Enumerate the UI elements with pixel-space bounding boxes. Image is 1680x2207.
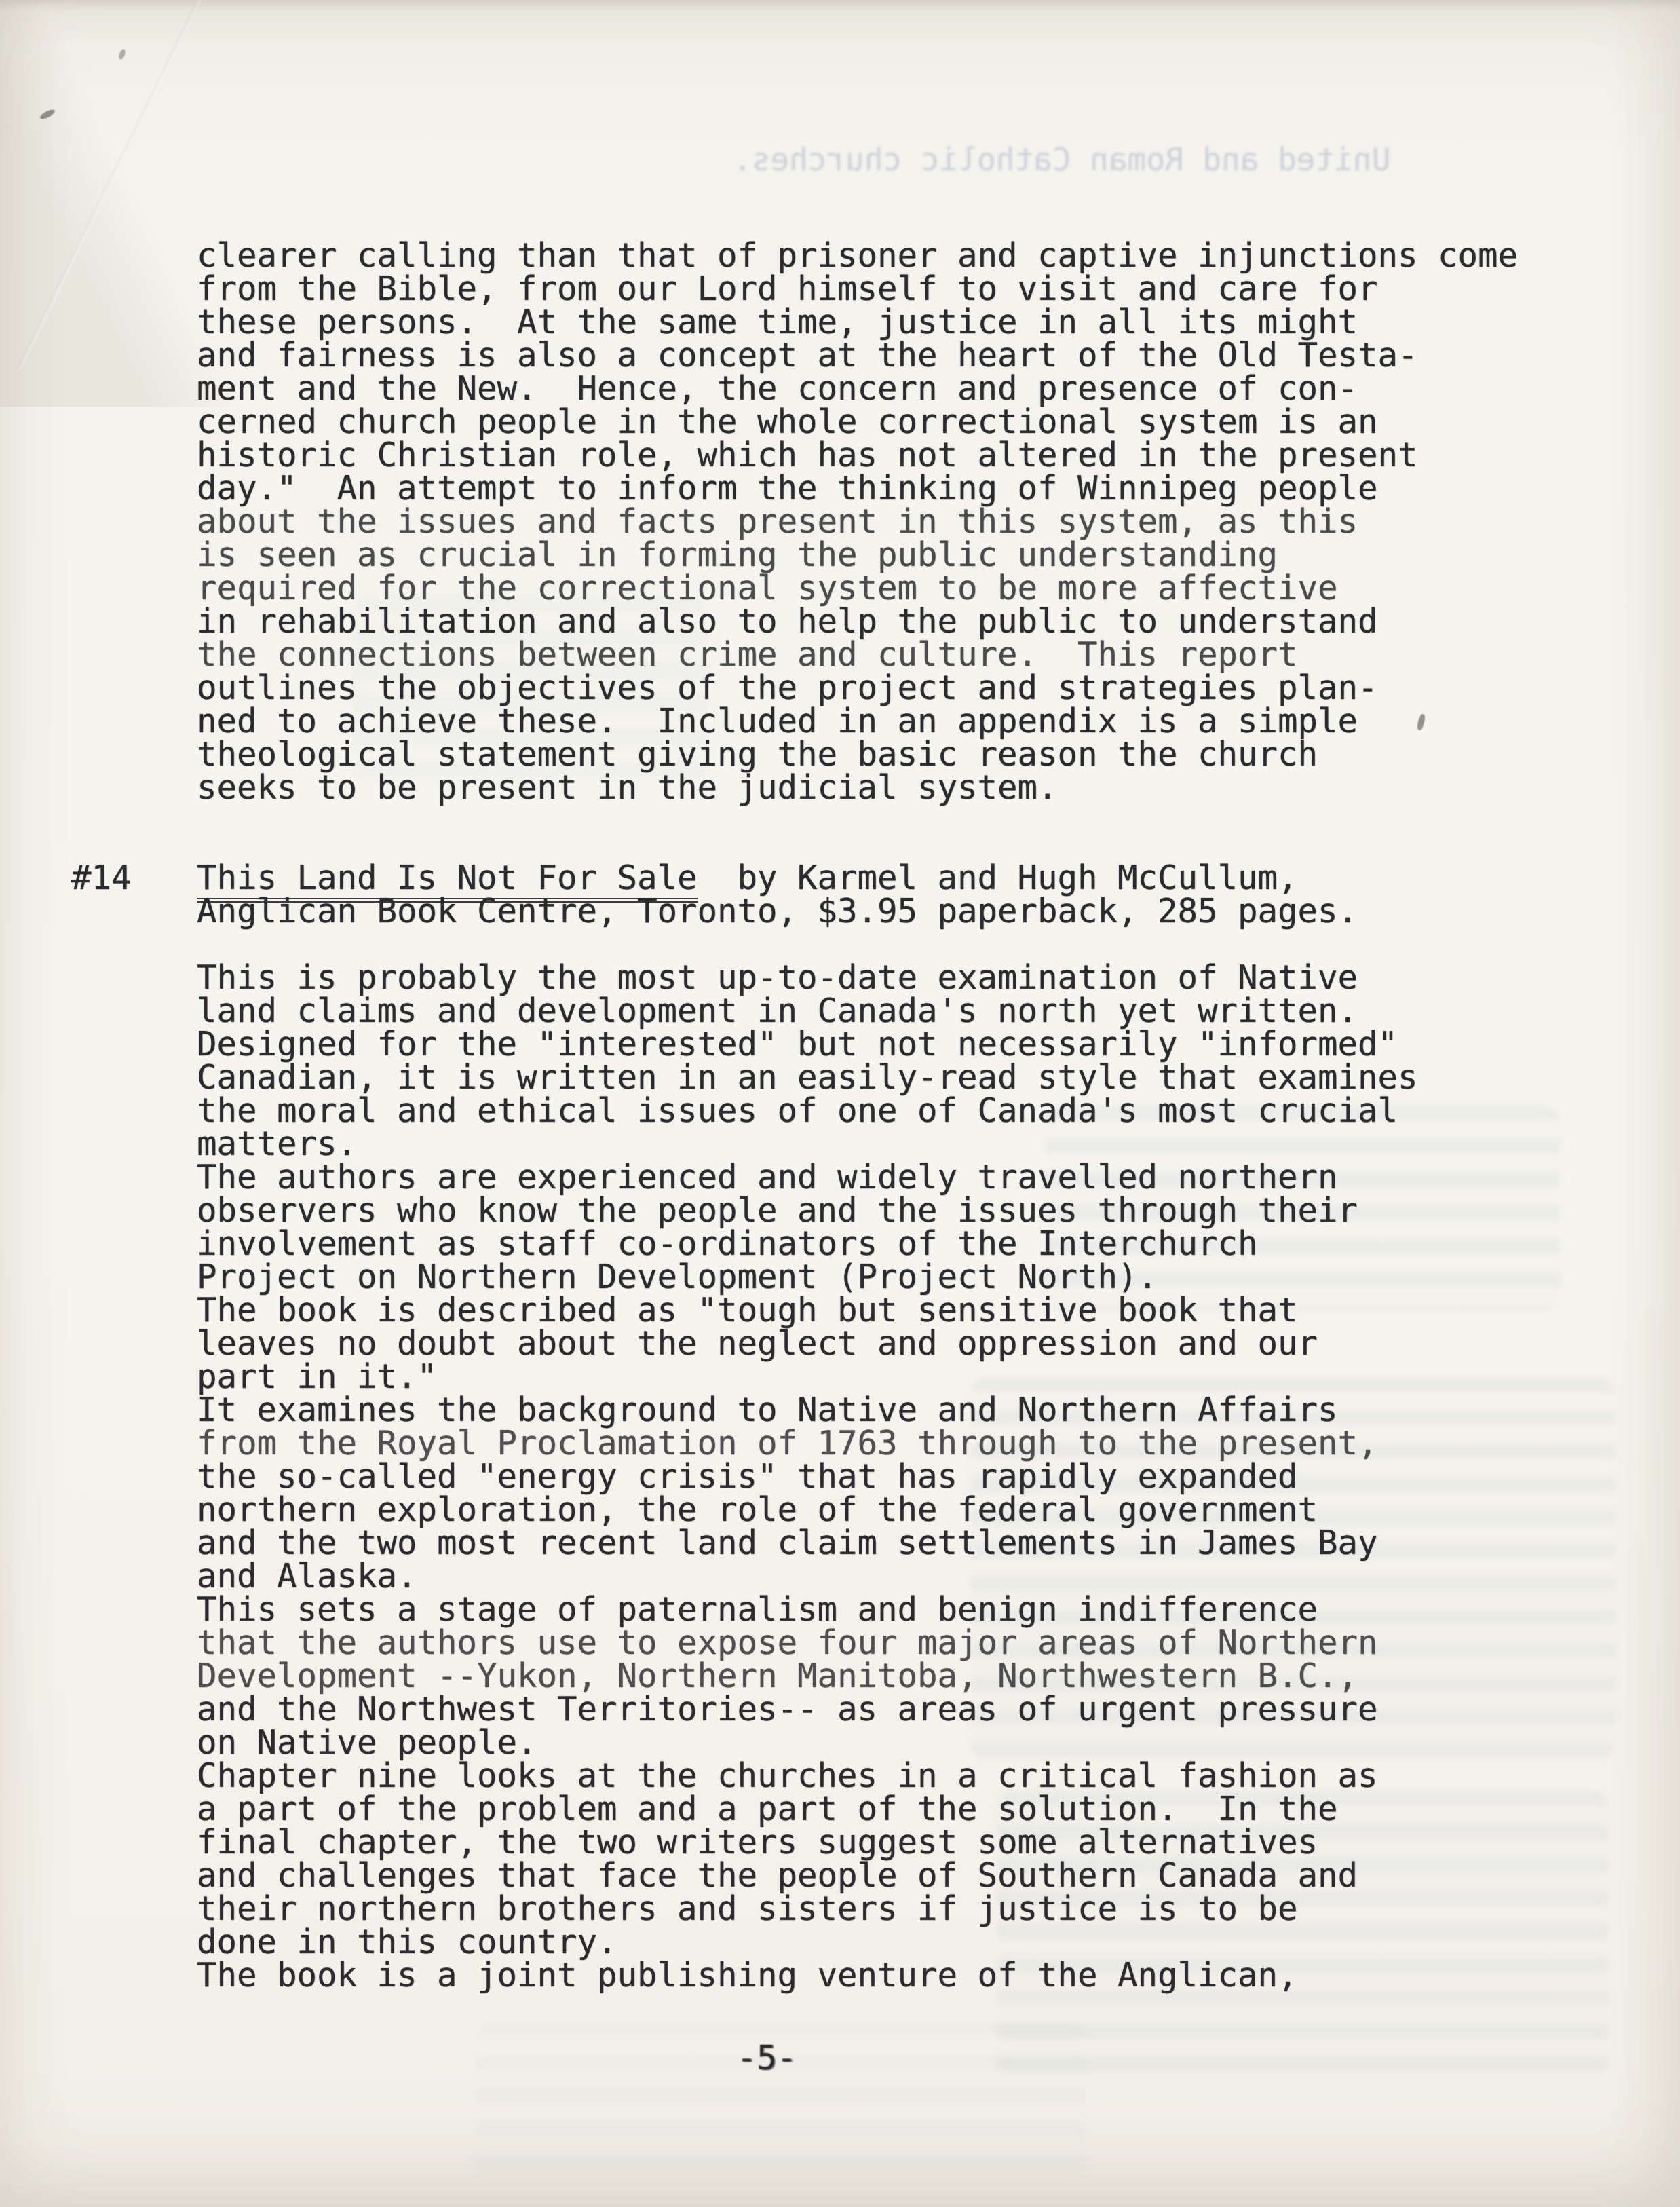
text-line: involvement as staff co-ordinators of th… [197, 1227, 1418, 1260]
text-line: their northern brothers and sisters if j… [197, 1892, 1418, 1925]
text-line: the connections between crime and cultur… [197, 638, 1518, 671]
bleed-through-text: United and Roman Catholic churches. [733, 144, 1390, 175]
text-line: Development --Yukon, Northern Manitoba, … [197, 1659, 1418, 1693]
text-line: leaves no doubt about the neglect and op… [197, 1327, 1418, 1360]
text-line: done in this country. [197, 1925, 1418, 1959]
text-line: day." An attempt to inform the thinking … [197, 472, 1518, 505]
text-line: and the two most recent land claim settl… [197, 1526, 1418, 1560]
text-line: This sets a stage of paternalism and ben… [197, 1593, 1418, 1626]
text-line: Designed for the "interested" but not ne… [197, 1027, 1418, 1061]
text-line: required for the correctional system to … [197, 571, 1518, 605]
text-line: a part of the problem and a part of the … [197, 1792, 1418, 1826]
text-line: theological statement giving the basic r… [197, 738, 1518, 771]
text-line: land claims and development in Canada's … [197, 994, 1418, 1027]
text-line: Canadian, it is written in an easily-rea… [197, 1061, 1418, 1094]
publisher-line: Anglican Book Centre, Toronto, $3.95 pap… [197, 894, 1358, 928]
text-line: and Alaska. [197, 1560, 1418, 1593]
text-line: final chapter, the two writers suggest s… [197, 1826, 1418, 1859]
text-line: clearer calling than that of prisoner an… [197, 239, 1518, 272]
text-line: the moral and ethical issues of one of C… [197, 1094, 1418, 1127]
entry-number: #14 [71, 861, 132, 894]
paragraph-continuation: clearer calling than that of prisoner an… [197, 239, 1518, 804]
entry-heading: This Land Is Not For Sale by Karmel and … [197, 861, 1298, 894]
text-line: these persons. At the same time, justice… [197, 305, 1518, 339]
text-line: historic Christian role, which has not a… [197, 438, 1518, 472]
text-line: Project on Northern Development (Project… [197, 1260, 1418, 1294]
text-line: matters. [197, 1127, 1418, 1161]
text-line: part in it." [197, 1360, 1418, 1393]
scanned-page: United and Roman Catholic churches. clea… [0, 0, 1680, 2207]
text-line: and challenges that face the people of S… [197, 1859, 1418, 1892]
text-line: observers who know the people and the is… [197, 1194, 1418, 1227]
text-line: The authors are experienced and widely t… [197, 1161, 1418, 1194]
text-line: Chapter nine looks at the churches in a … [197, 1759, 1418, 1792]
text-line: This is probably the most up-to-date exa… [197, 961, 1418, 994]
text-line: the so-called "energy crisis" that has r… [197, 1460, 1418, 1493]
text-line: from the Bible, from our Lord himself to… [197, 272, 1518, 305]
text-line: that the authors use to expose four majo… [197, 1626, 1418, 1659]
text-line: about the issues and facts present in th… [197, 505, 1518, 538]
text-line: cerned church people in the whole correc… [197, 405, 1518, 438]
text-line: and fairness is also a concept at the he… [197, 339, 1518, 372]
entry-body: This is probably the most up-to-date exa… [197, 961, 1418, 1992]
text-line: on Native people. [197, 1726, 1418, 1759]
text-line: ned to achieve these. Included in an app… [197, 704, 1518, 738]
text-line: in rehabilitation and also to help the p… [197, 605, 1518, 638]
text-line: and the Northwest Territories-- as areas… [197, 1693, 1418, 1726]
page-number: -5- [719, 2041, 814, 2075]
paper-fold-shading [0, 0, 231, 407]
text-line: The book is a joint publishing venture o… [197, 1959, 1418, 1992]
text-line: ment and the New. Hence, the concern and… [197, 372, 1518, 405]
text-line: outlines the objectives of the project a… [197, 671, 1518, 704]
text-line: northern exploration, the role of the fe… [197, 1493, 1418, 1526]
text-line: is seen as crucial in forming the public… [197, 538, 1518, 571]
text-line: The book is described as "tough but sens… [197, 1294, 1418, 1327]
text-line: It examines the background to Native and… [197, 1393, 1418, 1427]
text-line: from the Royal Proclamation of 1763 thro… [197, 1427, 1418, 1460]
text-line: seeks to be present in the judicial syst… [197, 771, 1518, 804]
